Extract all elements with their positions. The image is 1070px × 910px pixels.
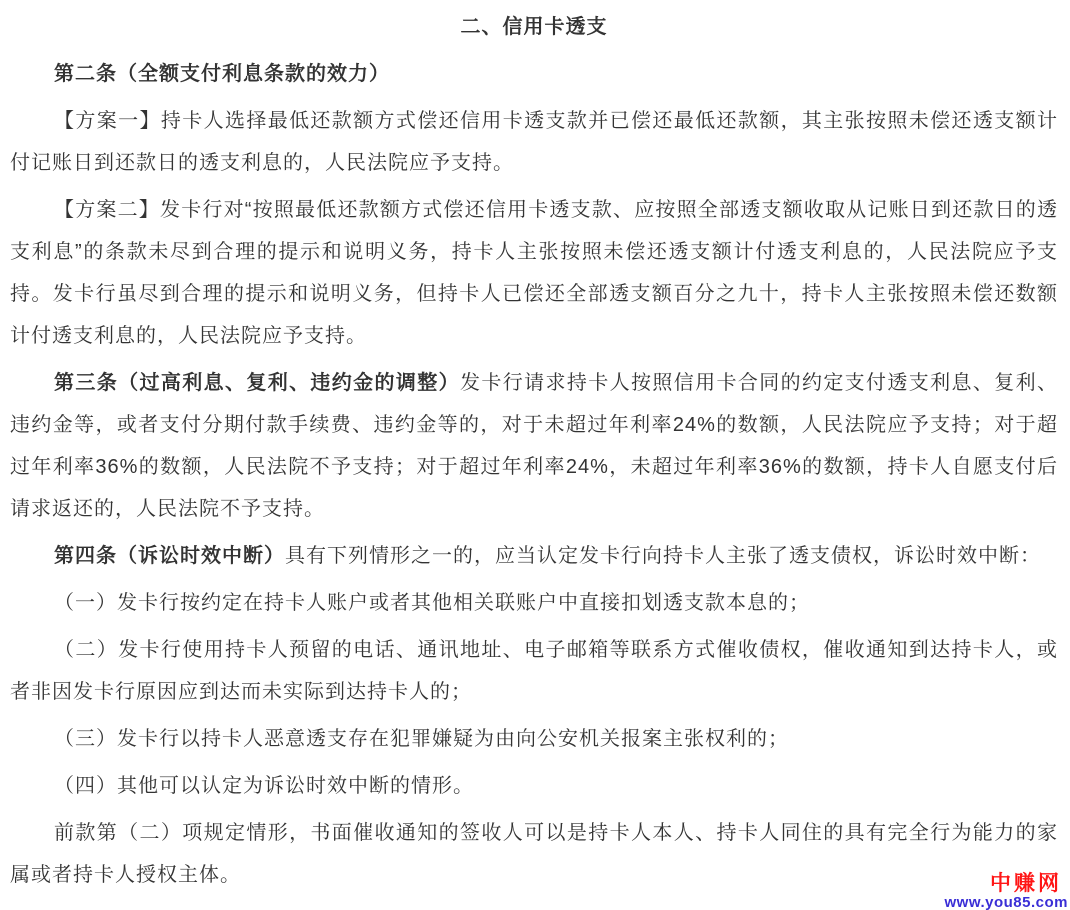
paragraph-text: 前款第（二）项规定情形，书面催收通知的签收人可以是持卡人本人、持卡人同住的具有完… <box>10 822 1058 886</box>
paragraph: （三）发卡行以持卡人恶意透支存在犯罪嫌疑为由向公安机关报案主张权利的； <box>10 718 1058 760</box>
article-label: 第三条（过高利息、复利、违约金的调整） <box>54 372 460 394</box>
paragraph-text: （一）发卡行按约定在持卡人账户或者其他相关联账户中直接扣划透支款本息的； <box>54 592 810 614</box>
paragraph-text: 【方案一】持卡人选择最低还款额方式偿还信用卡透支款并已偿还最低还款额，其主张按照… <box>10 110 1058 174</box>
paragraph-text: 发卡行请求持卡人按照信用卡合同的约定支付透支利息、复利、违约金等，或者支付分期付… <box>10 372 1058 520</box>
paragraph: 第三条（过高利息、复利、违约金的调整）发卡行请求持卡人按照信用卡合同的约定支付透… <box>10 362 1058 530</box>
paragraph-text: 【方案二】发卡行对“按照最低还款额方式偿还信用卡透支款、应按照全部透支额收取从记… <box>10 199 1058 347</box>
watermark-site-name: 中赚网 <box>945 873 1062 894</box>
paragraph: （二）发卡行使用持卡人预留的电话、通讯地址、电子邮箱等联系方式催收债权，催收通知… <box>10 629 1058 713</box>
paragraph: （四）其他可以认定为诉讼时效中断的情形。 <box>10 765 1058 807</box>
document-body: 第二条（全额支付利息条款的效力）【方案一】持卡人选择最低还款额方式偿还信用卡透支… <box>10 53 1058 896</box>
paragraph: 【方案一】持卡人选择最低还款额方式偿还信用卡透支款并已偿还最低还款额，其主张按照… <box>10 100 1058 184</box>
watermark: 中赚网 www.you85.com <box>945 873 1068 910</box>
paragraph: 【方案二】发卡行对“按照最低还款额方式偿还信用卡透支款、应按照全部透支额收取从记… <box>10 189 1058 357</box>
paragraph-text: 具有下列情形之一的，应当认定发卡行向持卡人主张了透支债权，诉讼时效中断： <box>285 545 1041 567</box>
article-heading: 第二条（全额支付利息条款的效力） <box>10 53 1058 95</box>
paragraph-text: （二）发卡行使用持卡人预留的电话、通讯地址、电子邮箱等联系方式催收债权，催收通知… <box>10 639 1058 703</box>
document-title: 二、信用卡透支 <box>10 6 1058 48</box>
paragraph: 第四条（诉讼时效中断）具有下列情形之一的，应当认定发卡行向持卡人主张了透支债权，… <box>10 535 1058 577</box>
paragraph: （一）发卡行按约定在持卡人账户或者其他相关联账户中直接扣划透支款本息的； <box>10 582 1058 624</box>
paragraph-text: （三）发卡行以持卡人恶意透支存在犯罪嫌疑为由向公安机关报案主张权利的； <box>54 728 789 750</box>
article-label: 第二条（全额支付利息条款的效力） <box>54 63 390 85</box>
paragraph: 前款第（二）项规定情形，书面催收通知的签收人可以是持卡人本人、持卡人同住的具有完… <box>10 812 1058 896</box>
article-label: 第四条（诉讼时效中断） <box>54 545 285 567</box>
watermark-site-url: www.you85.com <box>945 895 1068 910</box>
paragraph-text: （四）其他可以认定为诉讼时效中断的情形。 <box>54 775 474 797</box>
legal-document: 二、信用卡透支 第二条（全额支付利息条款的效力）【方案一】持卡人选择最低还款额方… <box>0 0 1070 896</box>
